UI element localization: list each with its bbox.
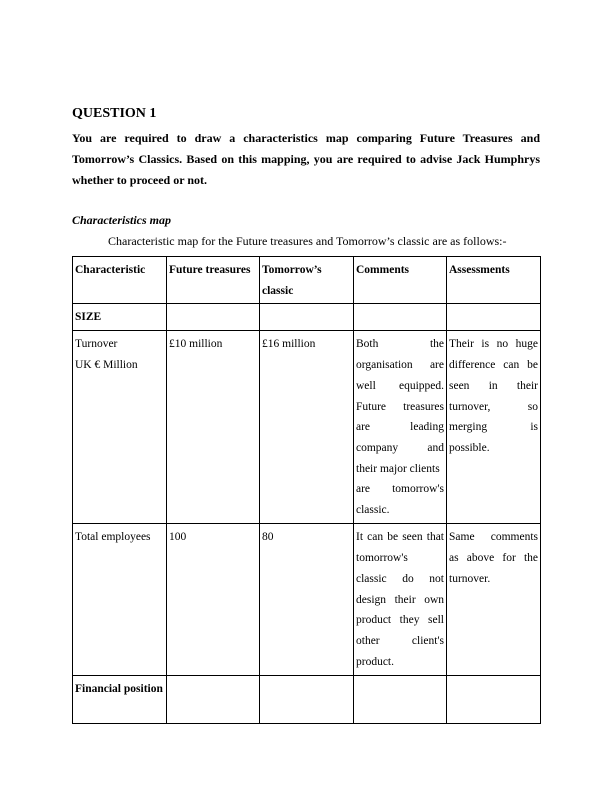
prompt-line: whether to proceed or not. — [72, 170, 540, 191]
characteristic-line: Turnover — [75, 334, 164, 355]
comment-line: are tomorrow's — [356, 479, 444, 500]
empty-cell — [167, 304, 260, 331]
table-row-total-employees: Total employees 100 80 It can be seen th… — [73, 524, 541, 676]
comment-line: organisation are — [356, 355, 444, 376]
characteristic-line: UK € Million — [75, 355, 164, 376]
empty-cell — [260, 304, 354, 331]
characteristic-cell: Turnover UK € Million — [73, 331, 167, 524]
section-cell: SIZE — [73, 304, 167, 331]
comment-line: product they sell — [356, 610, 444, 631]
assessment-line: difference can be — [449, 355, 538, 376]
section-title: Characteristics map — [72, 213, 171, 228]
comment-line: design their own — [356, 590, 444, 611]
question-heading: QUESTION 1 — [72, 106, 156, 122]
comment-line: product. — [356, 652, 444, 673]
assessment-line: merging is — [449, 417, 538, 438]
assessment-line: seen in their — [449, 376, 538, 397]
assessments-cell: Same comments as above for the turnover. — [447, 524, 541, 676]
prompt-line: You are required to draw a characteristi… — [72, 128, 540, 149]
comments-cell: Both the organisation are well equipped.… — [354, 331, 447, 524]
assessment-line: Their is no huge — [449, 334, 538, 355]
empty-cell — [354, 304, 447, 331]
empty-cell — [447, 304, 541, 331]
header-comments: Comments — [354, 257, 447, 304]
empty-cell — [447, 676, 541, 724]
comment-line: It can be seen that — [356, 527, 444, 548]
empty-cell — [260, 676, 354, 724]
characteristics-table: Characteristic Future treasures Tomorrow… — [72, 256, 541, 724]
empty-cell — [167, 676, 260, 724]
assessments-cell: Their is no huge difference can be seen … — [447, 331, 541, 524]
comment-line: their major clients — [356, 459, 444, 480]
comment-line: company and — [356, 438, 444, 459]
assessment-line: turnover, so — [449, 397, 538, 418]
comment-line: tomorrow's — [356, 548, 444, 569]
comment-line: classic do not — [356, 569, 444, 590]
comment-line: are leading — [356, 417, 444, 438]
assessment-line: turnover. — [449, 569, 538, 590]
tomorrows-classic-cell: £16 million — [260, 331, 354, 524]
tomorrows-classic-cell: 80 — [260, 524, 354, 676]
header-future-treasures: Future treasures — [167, 257, 260, 304]
prompt-line: Tomorrow’s Classics. Based on this mappi… — [72, 149, 540, 170]
table-row-size: SIZE — [73, 304, 541, 331]
comment-line: well equipped. — [356, 376, 444, 397]
characteristic-cell: Total employees — [73, 524, 167, 676]
future-treasures-cell: 100 — [167, 524, 260, 676]
question-prompt: You are required to draw a characteristi… — [72, 128, 540, 191]
assessment-line: possible. — [449, 438, 538, 459]
header-tomorrows-classic: Tomorrow’s classic — [260, 257, 354, 304]
header-assessments: Assessments — [447, 257, 541, 304]
comment-line: Both the — [356, 334, 444, 355]
comment-line: classic. — [356, 500, 444, 521]
section-lead: Characteristic map for the Future treasu… — [108, 234, 506, 249]
future-treasures-cell: £10 million — [167, 331, 260, 524]
comments-cell: It can be seen that tomorrow's classic d… — [354, 524, 447, 676]
characteristic-line: Total employees — [75, 527, 164, 548]
comment-line: other client's — [356, 631, 444, 652]
empty-cell — [354, 676, 447, 724]
table-row-turnover: Turnover UK € Million £10 million £16 mi… — [73, 331, 541, 524]
table-row-financial-position: Financial position — [73, 676, 541, 724]
section-cell: Financial position — [73, 676, 167, 724]
assessment-line: as above for the — [449, 548, 538, 569]
assessment-line: Same comments — [449, 527, 538, 548]
header-characteristic: Characteristic — [73, 257, 167, 304]
comment-line: Future treasures — [356, 397, 444, 418]
table-header-row: Characteristic Future treasures Tomorrow… — [73, 257, 541, 304]
